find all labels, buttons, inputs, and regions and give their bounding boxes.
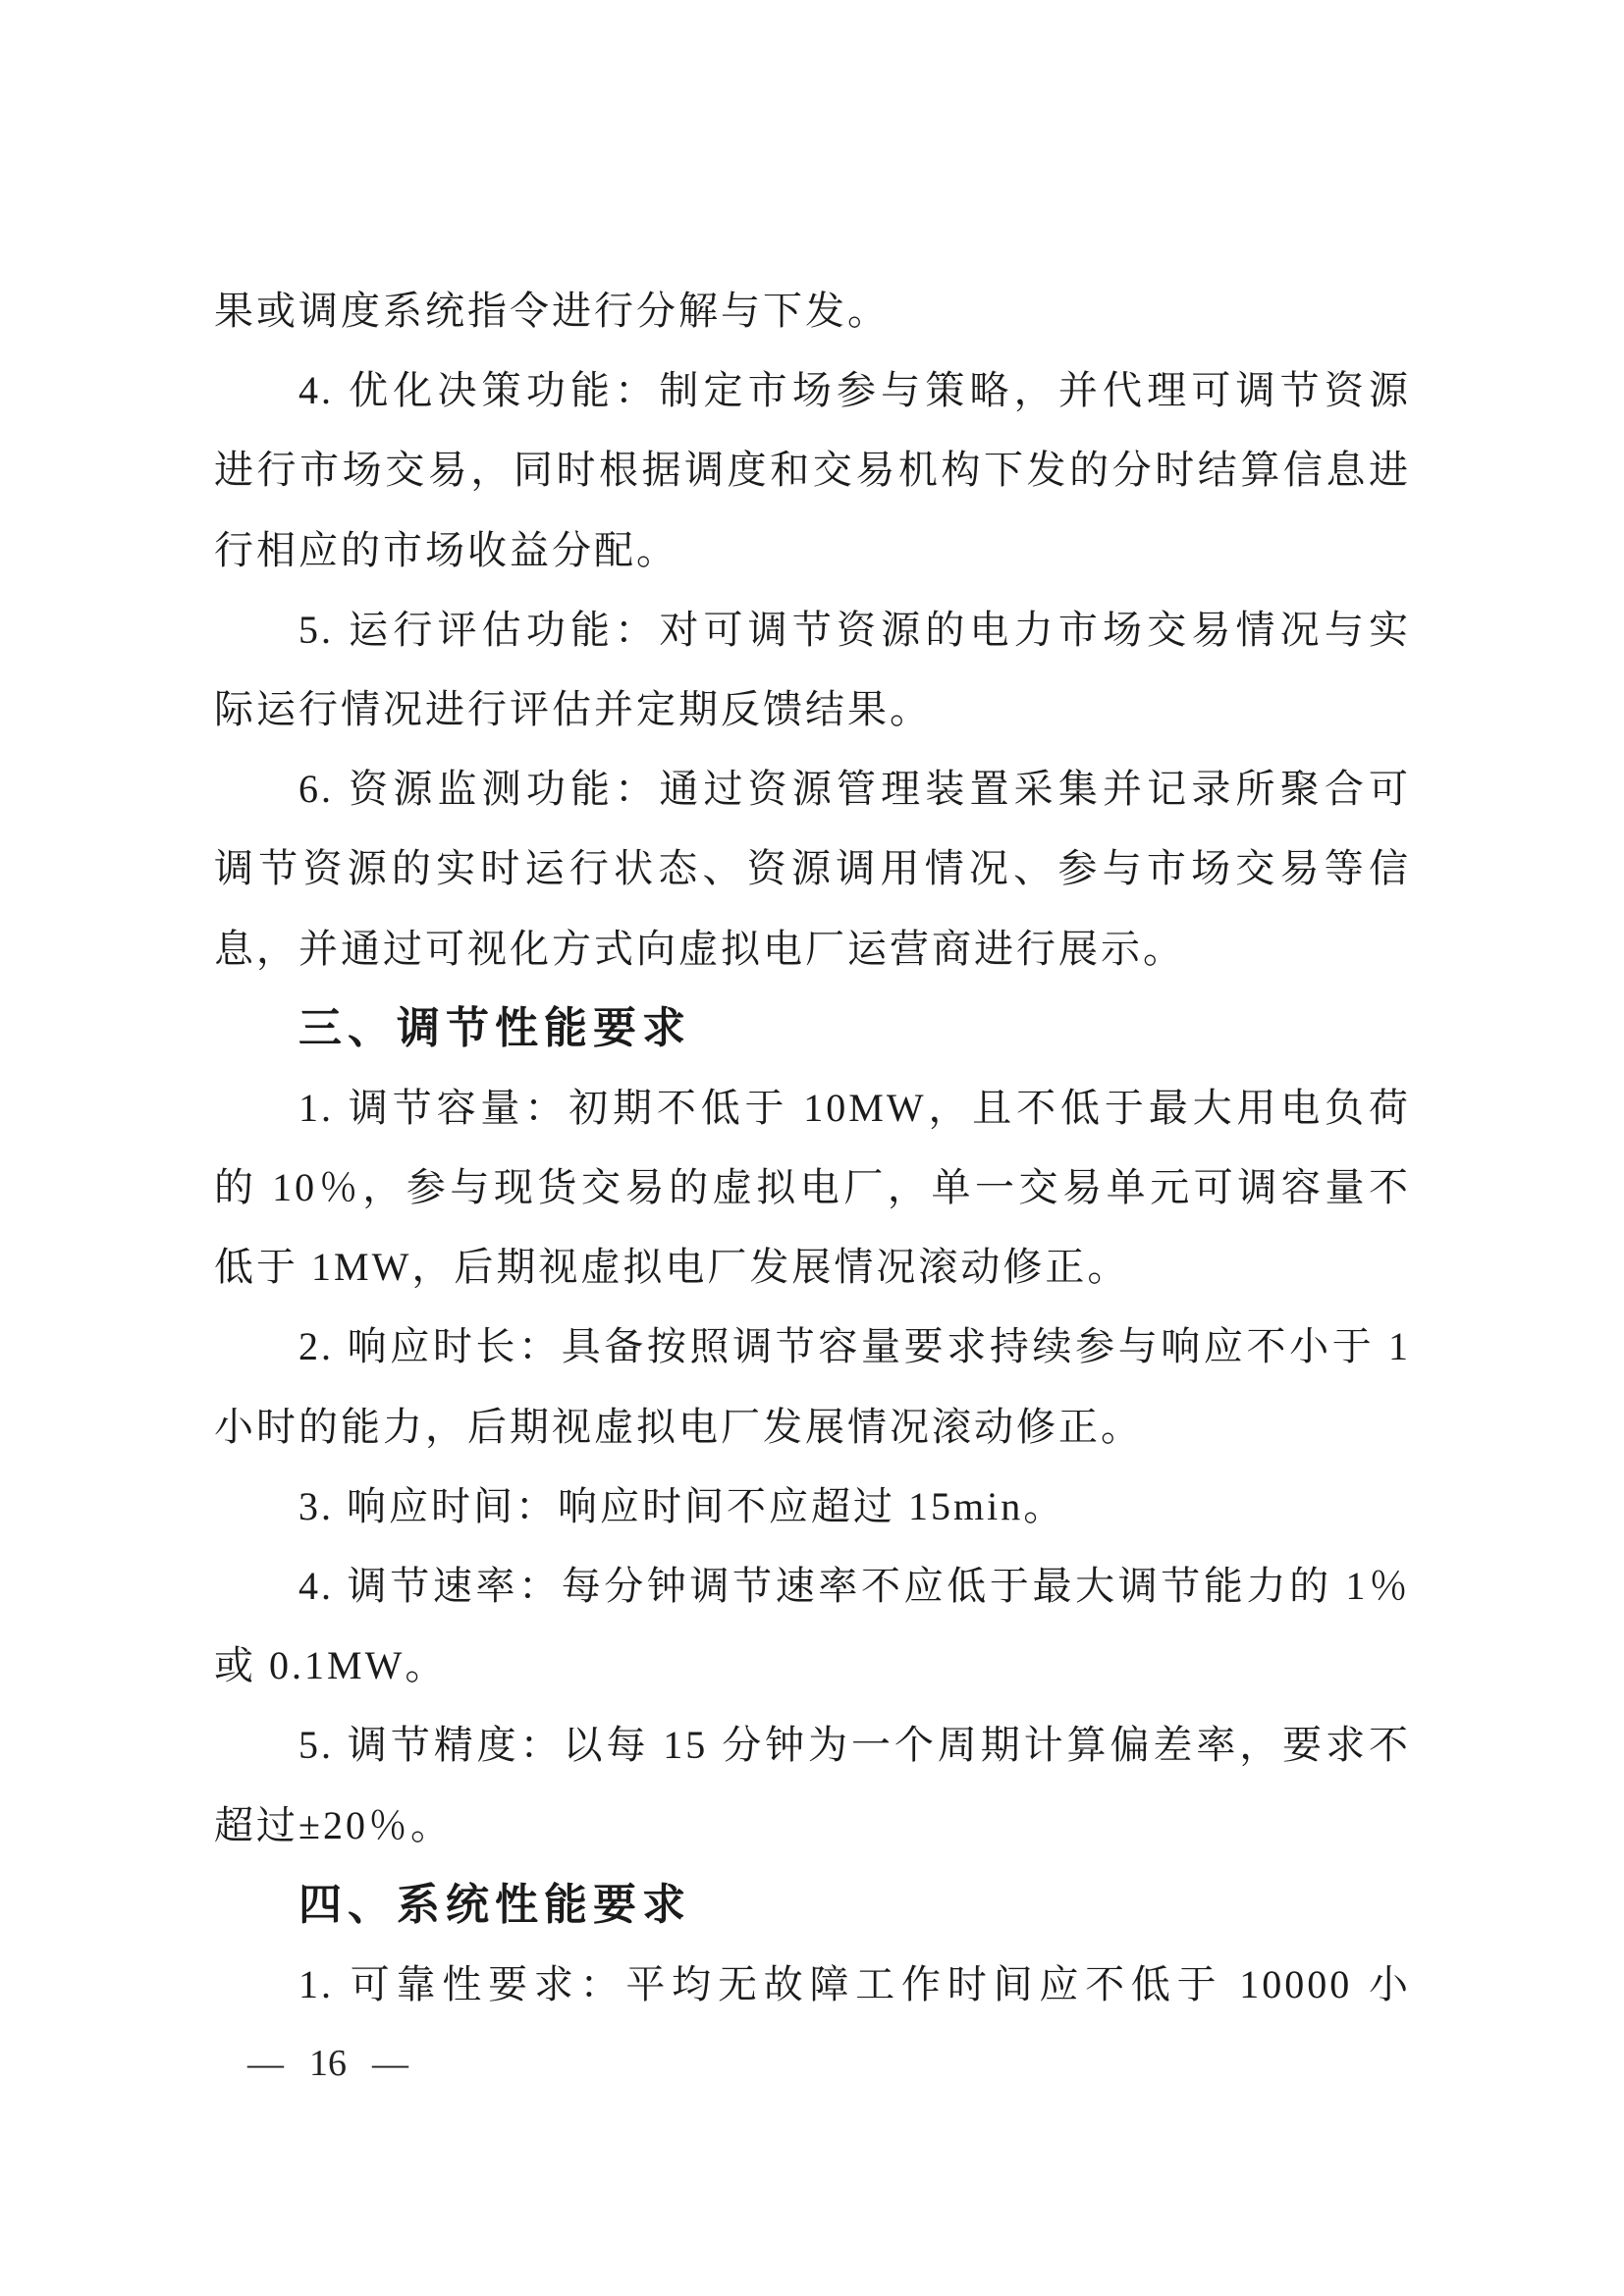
text-line: 超过±20％。 — [214, 1786, 1411, 1865]
text-line: 4. 调节速率：每分钟调节速率不应低于最大调节能力的 1％ — [214, 1546, 1411, 1626]
text-line: 1. 调节容量：初期不低于 10MW，且不低于最大用电负荷 — [214, 1068, 1411, 1148]
text-line: 低于 1MW，后期视虚拟电厂发展情况滚动修正。 — [214, 1227, 1411, 1307]
text-line: 行相应的市场收益分配。 — [214, 510, 1411, 590]
footer-dash-left: — — [247, 2043, 284, 2085]
page-footer: — 16 — — [247, 2042, 408, 2085]
text-line: 果或调度系统指令进行分解与下发。 — [214, 271, 1411, 350]
section-heading: 三、调节性能要求 — [214, 988, 1411, 1068]
page-number: 16 — [309, 2042, 347, 2085]
text-line: 5. 调节精度：以每 15 分钟为一个周期计算偏差率，要求不 — [214, 1705, 1411, 1785]
section-heading: 四、系统性能要求 — [214, 1865, 1411, 1945]
text-line: 6. 资源监测功能：通过资源管理装置采集并记录所聚合可 — [214, 749, 1411, 828]
text-line: 2. 响应时长：具备按照调节容量要求持续参与响应不小于 1 — [214, 1307, 1411, 1386]
text-line: 4. 优化决策功能：制定市场参与策略，并代理可调节资源 — [214, 350, 1411, 430]
text-line: 息，并通过可视化方式向虚拟电厂运营商进行展示。 — [214, 909, 1411, 988]
text-line: 际运行情况进行评估并定期反馈结果。 — [214, 669, 1411, 749]
footer-dash-right: — — [372, 2043, 408, 2085]
text-line: 或 0.1MW。 — [214, 1626, 1411, 1705]
text-line: 5. 运行评估功能：对可调节资源的电力市场交易情况与实 — [214, 590, 1411, 669]
text-line: 3. 响应时间：响应时间不应超过 15min。 — [214, 1467, 1411, 1546]
document-page: 果或调度系统指令进行分解与下发。4. 优化决策功能：制定市场参与策略，并代理可调… — [0, 0, 1624, 2296]
document-body: 果或调度系统指令进行分解与下发。4. 优化决策功能：制定市场参与策略，并代理可调… — [214, 271, 1411, 2024]
text-line: 小时的能力，后期视虚拟电厂发展情况滚动修正。 — [214, 1387, 1411, 1467]
text-line: 调节资源的实时运行状态、资源调用情况、参与市场交易等信 — [214, 828, 1411, 908]
text-line: 的 10％，参与现货交易的虚拟电厂，单一交易单元可调容量不 — [214, 1148, 1411, 1227]
text-line: 1. 可靠性要求：平均无故障工作时间应不低于 10000 小时， — [214, 1945, 1411, 2024]
text-line: 进行市场交易，同时根据调度和交易机构下发的分时结算信息进 — [214, 430, 1411, 509]
